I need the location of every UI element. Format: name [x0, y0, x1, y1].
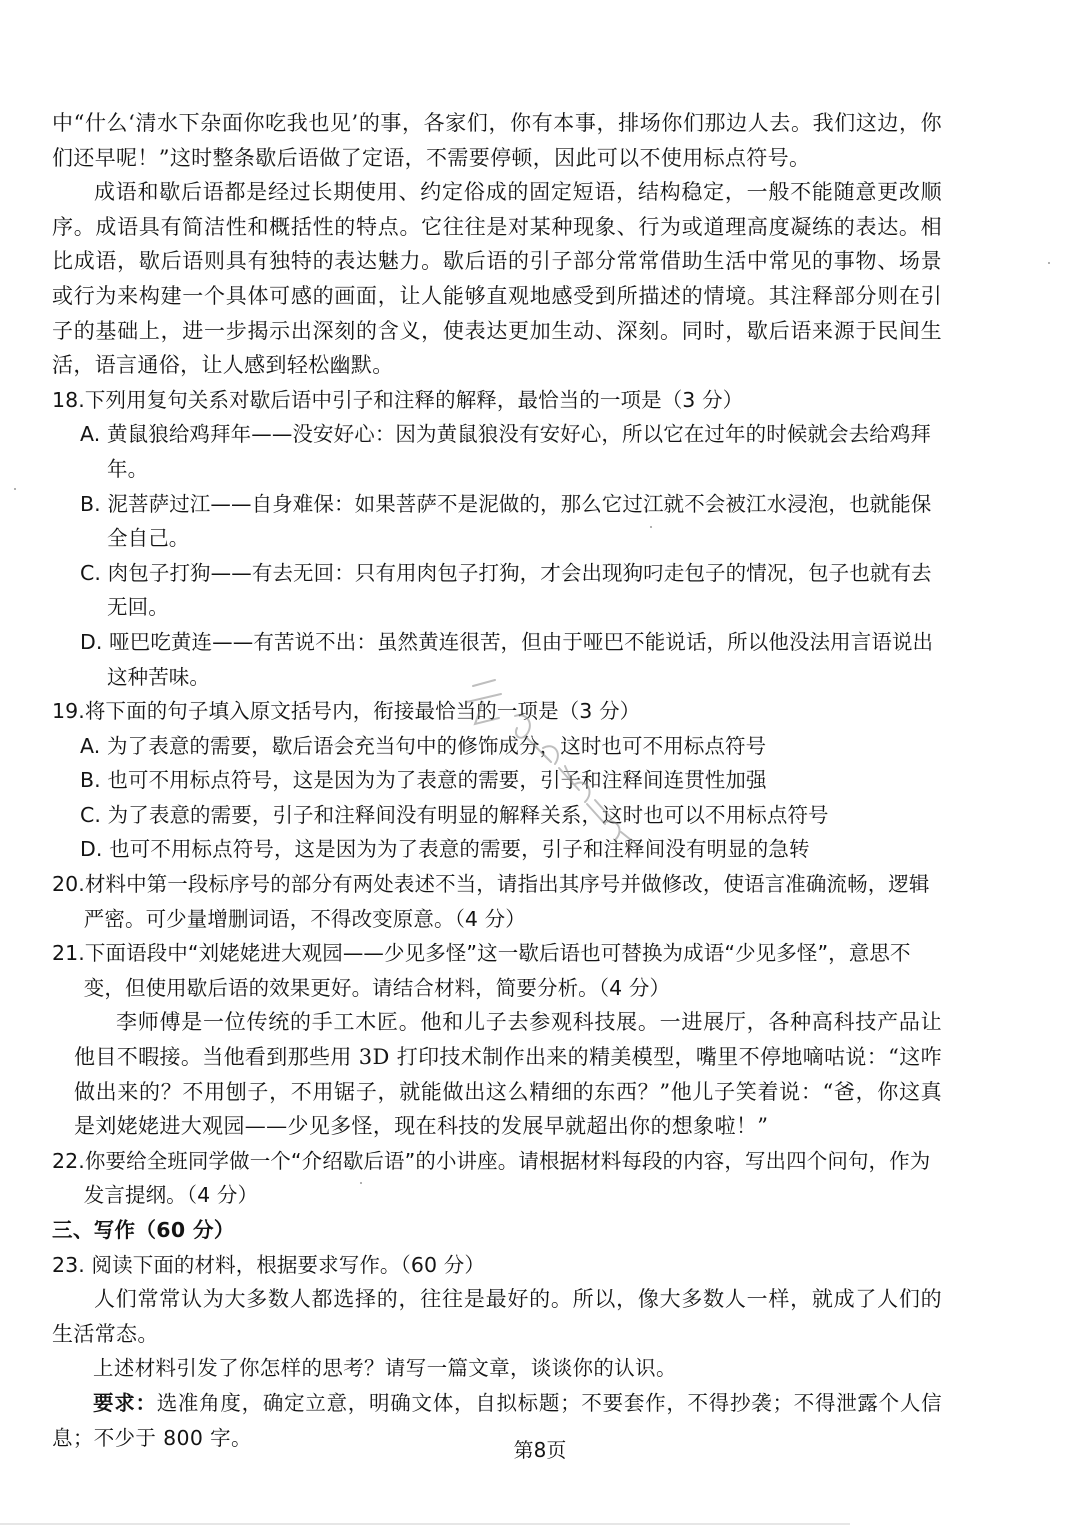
question-22: 22.你要给全班同学做一个“介绍歇后语”的小讲座。请根据材料每段的内容，写出四个… [52, 1144, 942, 1213]
scan-speck [14, 488, 16, 490]
question-18-option-d: D. 哑巴吃黄连——有苦说不出：虽然黄连很苦，但由于哑巴不能说话，所以他没法用言… [52, 625, 942, 694]
question-21-passage: 李师傅是一位传统的手工木匠。他和儿子去参观科技展。一进展厅，各种高科技产品让他目… [74, 1005, 942, 1143]
question-18-option-a: A. 黄鼠狼给鸡拜年——没安好心：因为黄鼠狼没有安好心，所以它在过年的时候就会去… [52, 417, 942, 486]
question-19: 19.将下面的句子填入原文括号内，衔接最恰当的一项是（3 分） A. 为了表意的… [52, 694, 942, 867]
question-number: 21. [52, 941, 85, 965]
question-18-option-b: B. 泥菩萨过江——自身难保：如果菩萨不是泥做的，那么它过江就不会被江水浸泡，也… [52, 487, 942, 556]
intro-paragraph-tail: 中“什么‘清水下杂面你吃我也见’的事，各家们，你有本事，排场你们那边人去。我们这… [52, 106, 942, 175]
question-18-stem: 18.下列用复句关系对歇后语中引子和注释的解释，最恰当的一项是（3 分） [52, 383, 942, 418]
question-19-option-b: B. 也可不用标点符号，这是因为为了表意的需要，引子和注释间连贯性加强 [52, 763, 942, 798]
question-number: 23. [52, 1253, 85, 1277]
scan-speck [360, 1182, 362, 1184]
question-19-option-d: D. 也可不用标点符号，这是因为为了表意的需要，引子和注释间没有明显的急转 [52, 832, 942, 867]
question-18: 18.下列用复句关系对歇后语中引子和注释的解释，最恰当的一项是（3 分） A. … [52, 383, 942, 694]
scan-speck [650, 526, 652, 528]
paragraph-idiom-vs-xiehouyu: 成语和歇后语都是经过长期使用、约定俗成的固定短语，结构稳定，一般不能随意更改顺序… [52, 175, 942, 383]
question-19-option-a: A. 为了表意的需要，歇后语会充当句中的修饰成分，这时也可不用标点符号 [52, 729, 942, 764]
scan-speck [1048, 262, 1050, 264]
question-18-option-c: C. 肉包子打狗——有去无回：只有用肉包子打狗，才会出现狗叼走包子的情况，包子也… [52, 556, 942, 625]
question-number: 20. [52, 872, 85, 896]
question-number: 18. [52, 388, 85, 412]
bottom-divider [0, 1523, 850, 1525]
question-23-prompt: 上述材料引发了你怎样的思考？请写一篇文章，谈谈你的认识。 [52, 1351, 942, 1386]
question-21-stem: 21.下面语段中“刘姥姥进大观园——少见多怪”这一歇后语也可替换为成语“少见多怪… [52, 936, 942, 1005]
question-19-option-c: C. 为了表意的需要，引子和注释间没有明显的解释关系，这时也可以不用标点符号 [52, 798, 942, 833]
question-21-passage-block: 李师傅是一位传统的手工木匠。他和儿子去参观科技展。一进展厅，各种高科技产品让他目… [52, 1005, 942, 1143]
question-number: 19. [52, 699, 85, 723]
section-3-title: 三、写作（60 分） [52, 1213, 942, 1248]
question-23-material: 人们常常认为大多数人都选择的，往往是最好的。所以，像大多数人一样，就成了人们的生… [52, 1282, 942, 1351]
question-21: 21.下面语段中“刘姥姥进大观园——少见多怪”这一歇后语也可替换为成语“少见多怪… [52, 936, 942, 1144]
question-23-stem: 23. 阅读下面的材料，根据要求写作。（60 分） [52, 1248, 942, 1283]
question-20: 20.材料中第一段标序号的部分有两处表述不当，请指出其序号并做修改，使语言准确流… [52, 867, 942, 936]
question-19-stem: 19.将下面的句子填入原文括号内，衔接最恰当的一项是（3 分） [52, 694, 942, 729]
page-number: 第8页 [0, 1434, 1080, 1463]
exam-page-body: 中“什么‘清水下杂面你吃我也见’的事，各家们，你有本事，排场你们那边人去。我们这… [52, 106, 942, 1455]
question-number: 22. [52, 1149, 85, 1173]
requirements-label: 要求： [93, 1391, 157, 1415]
